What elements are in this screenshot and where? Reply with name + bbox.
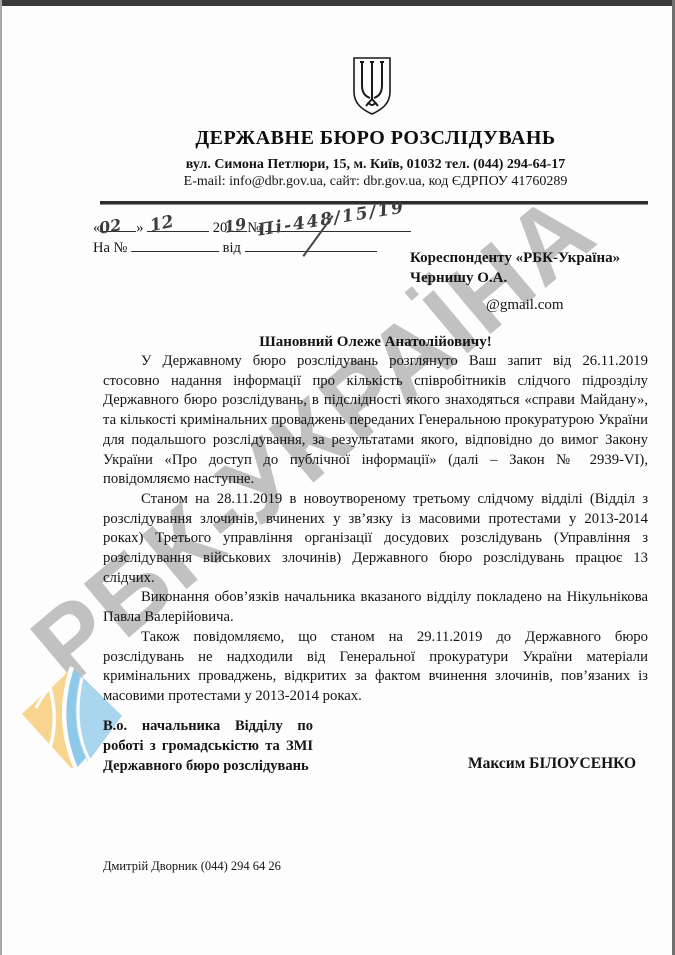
signer-title-line2: роботі з громадськістю та ЗМІ <box>103 736 313 756</box>
signer-title-block: В.о. начальника Відділу по роботі з гром… <box>103 716 313 776</box>
scanned-letter-page: РБК-УКРАЇНА <box>0 0 675 955</box>
salutation: Шановний Олеже Анатолійовичу! <box>103 334 648 351</box>
body-paragraph-3: Виконання обов’язків начальника вказаног… <box>103 588 648 627</box>
recipient-line1: Кореспонденту «РБК-Україна» <box>410 249 620 269</box>
recipient-block: Кореспонденту «РБК-Україна» Чернишу О.А. <box>410 249 620 288</box>
on-number-blank <box>131 237 219 252</box>
org-contact-line: E-mail: info@dbr.gov.ua, сайт: dbr.gov.u… <box>103 174 648 190</box>
reference-reply-line: На № від <box>93 237 377 257</box>
ukraine-trident-coat-of-arms-icon <box>351 56 393 121</box>
close-quote: » <box>136 220 143 236</box>
signer-title-line1: В.о. начальника Відділу по <box>103 716 313 736</box>
handwritten-year: 19 <box>223 214 248 237</box>
recipient-line2: Чернишу О.А. <box>410 269 620 289</box>
signer-title-line3: Державного бюро розслідувань <box>103 756 313 776</box>
org-address-line: вул. Симона Петлюри, 15, м. Київ, 01032 … <box>103 157 648 173</box>
from-label: від <box>223 240 241 256</box>
scan-top-bar <box>0 0 675 6</box>
body-paragraph-4: Також повідомляємо, що станом на 29.11.2… <box>103 628 648 707</box>
letter-content: ДЕРЖАВНЕ БЮРО РОЗСЛІДУВАНЬ вул. Симона П… <box>0 0 675 955</box>
body-paragraph-1: У Державному бюро розслідувань розглянут… <box>103 352 648 490</box>
body-paragraph-2: Станом на 28.11.2019 в новоутвореному тр… <box>103 490 648 589</box>
on-number-label: На № <box>93 240 127 256</box>
scan-left-edge <box>0 0 2 955</box>
recipient-email: @gmail.com <box>486 297 564 314</box>
handwritten-day: 02 <box>98 215 123 238</box>
executor-contact: Дмитрій Дворник (044) 294 64 26 <box>103 859 281 874</box>
org-name: ДЕРЖАВНЕ БЮРО РОЗСЛІДУВАНЬ <box>103 127 648 150</box>
letter-body: У Державному бюро розслідувань розглянут… <box>103 352 648 707</box>
signer-name: Максим БІЛОУСЕНКО <box>468 755 636 773</box>
